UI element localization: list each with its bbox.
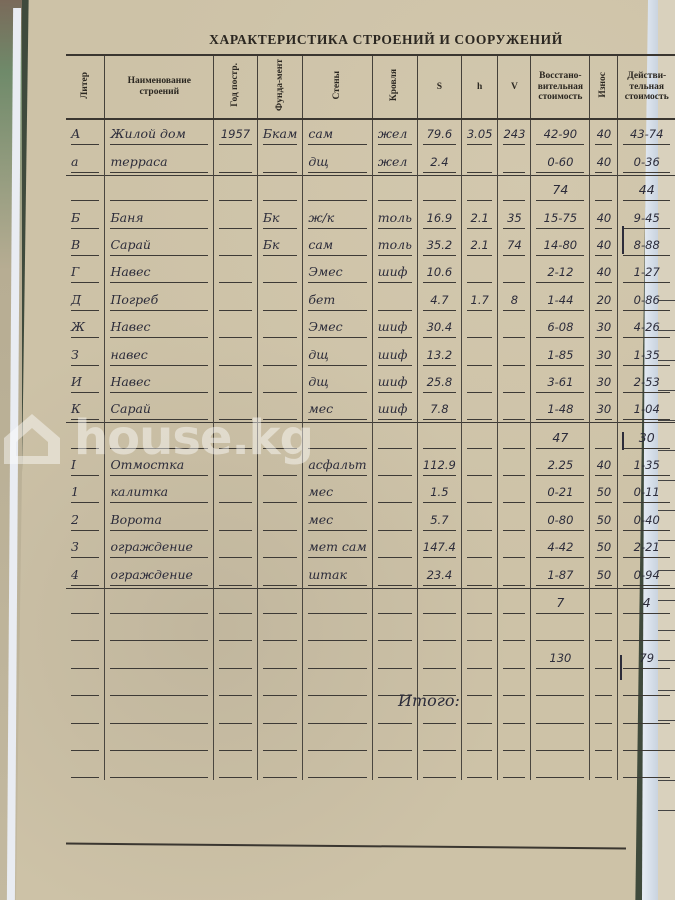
cell-h — [461, 671, 498, 698]
column-header-actual-cost: Действи-тельная стоимость — [618, 55, 675, 119]
cell-v — [498, 753, 531, 780]
cell-value: мес — [308, 510, 366, 531]
document-title: ХАРАКТЕРИСТИКА СТРОЕНИЙ И СООРУЖЕНИЙ — [16, 32, 675, 48]
cell-walls — [303, 698, 372, 725]
cell-wear: 30 — [590, 395, 618, 423]
cell-liter — [66, 616, 105, 643]
cell-walls — [303, 616, 372, 643]
cell-value: 4 — [623, 593, 670, 614]
cell-year — [214, 340, 258, 367]
cell-liter: Б — [66, 203, 105, 230]
cell-wear: 40 — [590, 258, 618, 285]
cell-value: 8-88 — [623, 235, 670, 256]
cell-actual-cost — [618, 726, 675, 753]
cell-v — [498, 423, 531, 451]
cell-restoration-cost: 7 — [531, 588, 590, 616]
cell-value — [503, 317, 525, 338]
cell-walls: мес — [303, 478, 372, 505]
cell-value — [467, 317, 493, 338]
cell-restoration-cost: 47 — [531, 423, 590, 451]
cell-value — [623, 757, 670, 778]
cell-v — [498, 258, 531, 285]
cell-value — [467, 180, 493, 201]
cell-name — [105, 588, 214, 616]
cell-v — [498, 505, 531, 532]
cell-v — [498, 478, 531, 505]
cell-restoration-cost — [531, 698, 590, 725]
cell-value — [503, 648, 525, 669]
cell-value: 1 — [71, 482, 99, 503]
cell-year: 1957 — [214, 119, 258, 147]
cell-value: 4-26 — [623, 317, 670, 338]
cell-name: ограждение — [105, 560, 214, 588]
cell-walls: мес — [303, 505, 372, 532]
cell-value — [378, 428, 412, 449]
cell-value — [467, 482, 493, 503]
cell-value — [71, 648, 99, 669]
cell-value: 0-40 — [623, 510, 670, 531]
cell-h — [461, 726, 498, 753]
cell-value — [467, 565, 493, 586]
cell-value — [263, 290, 297, 311]
cell-value — [595, 675, 612, 696]
cell-liter: а — [66, 147, 105, 175]
column-header-label: Кровля — [389, 69, 400, 101]
cell-value — [110, 180, 208, 201]
cell-value: мес — [308, 482, 366, 503]
cell-value — [219, 675, 252, 696]
cell-value: 112.9 — [423, 455, 456, 476]
cell-restoration-cost: 1-87 — [531, 560, 590, 588]
pencil-mark — [622, 226, 624, 254]
cell-year — [214, 753, 258, 780]
column-header-v: V — [498, 55, 531, 119]
cell-liter — [66, 588, 105, 616]
cell-value — [219, 730, 252, 751]
cell-h: 2.1 — [461, 203, 498, 230]
cell-value: толь — [378, 235, 412, 256]
cell-liter: З — [66, 340, 105, 367]
cell-value — [503, 399, 525, 420]
column-header-label: Наименование строений — [128, 76, 191, 97]
cell-s: 13.2 — [417, 340, 461, 367]
table-row: Знавесдщшиф13.21-85301-35 — [66, 340, 675, 367]
cell-value: мет сам — [308, 537, 366, 558]
cell-value: 40 — [595, 208, 612, 229]
cell-value — [308, 757, 366, 778]
cell-value: 0-11 — [623, 482, 670, 503]
cell-walls: Эмес — [303, 258, 372, 285]
cell-actual-cost: 0-94 — [618, 560, 675, 588]
cell-value — [263, 757, 297, 778]
cell-value — [219, 235, 252, 256]
cell-value: 147.4 — [423, 537, 456, 558]
cell-value — [503, 428, 525, 449]
cell-value — [623, 620, 670, 641]
cell-foundation: Бк — [257, 231, 302, 258]
cell-actual-cost: 79 — [618, 643, 675, 670]
cell-value: 40 — [595, 124, 612, 145]
cell-liter: Ж — [66, 313, 105, 340]
cell-foundation — [257, 147, 302, 175]
cell-value: навес — [110, 345, 208, 366]
cell-s: 35.2 — [417, 231, 461, 258]
cell-value — [503, 730, 525, 751]
cell-value — [423, 620, 456, 641]
cell-s: 4.7 — [417, 285, 461, 312]
cell-value — [263, 565, 297, 586]
cell-actual-cost: 0-86 — [618, 285, 675, 312]
cell-v — [498, 726, 531, 753]
cell-year — [214, 533, 258, 560]
cell-v — [498, 313, 531, 340]
cell-walls: ж/к — [303, 203, 372, 230]
cell-value — [467, 399, 493, 420]
cell-foundation — [257, 340, 302, 367]
cell-value: 40 — [595, 455, 612, 476]
cell-walls: бет — [303, 285, 372, 312]
cell-v: 35 — [498, 203, 531, 230]
cell-v — [498, 560, 531, 588]
cell-value: 4.7 — [423, 290, 456, 311]
cell-s: 16.9 — [417, 203, 461, 230]
cell-value — [423, 648, 456, 669]
cell-restoration-cost — [531, 726, 590, 753]
cell-v — [498, 451, 531, 478]
cell-value — [219, 620, 252, 641]
cell-year — [214, 258, 258, 285]
cell-walls — [303, 643, 372, 670]
cell-liter: 3 — [66, 533, 105, 560]
cell-value — [536, 757, 584, 778]
cell-wear: 50 — [590, 560, 618, 588]
cell-year — [214, 726, 258, 753]
cell-value — [423, 180, 456, 201]
cell-v — [498, 533, 531, 560]
cell-year — [214, 147, 258, 175]
cell-name — [105, 643, 214, 670]
cell-value: ограждение — [110, 537, 208, 558]
cell-value: А — [71, 124, 99, 145]
cell-foundation — [257, 726, 302, 753]
cell-value — [263, 510, 297, 531]
cell-value — [467, 262, 493, 283]
cell-actual-cost: 43-74 — [618, 119, 675, 147]
cell-walls — [303, 588, 372, 616]
cell-value — [595, 757, 612, 778]
cell-value — [467, 428, 493, 449]
cell-foundation — [257, 643, 302, 670]
cell-value: Д — [71, 290, 99, 311]
cell-h: 1.7 — [461, 285, 498, 312]
cell-wear: 50 — [590, 478, 618, 505]
cell-wear: 30 — [590, 340, 618, 367]
cell-restoration-cost — [531, 753, 590, 780]
cell-value: 43-74 — [623, 124, 670, 145]
watermark-text: house.kg — [74, 410, 313, 466]
house-icon — [0, 408, 64, 468]
cell-roof: шиф — [372, 313, 417, 340]
cell-value — [263, 152, 297, 173]
cell-liter — [66, 671, 105, 698]
cell-h — [461, 753, 498, 780]
cell-s: 10.6 — [417, 258, 461, 285]
cell-restoration-cost: 0-80 — [531, 505, 590, 532]
cell-value: дщ — [308, 152, 366, 173]
cell-h — [461, 505, 498, 532]
cell-value — [308, 593, 366, 614]
cell-value: Ж — [71, 317, 99, 338]
cell-value — [219, 372, 252, 393]
cell-name — [105, 175, 214, 203]
cell-roof: шиф — [372, 340, 417, 367]
cell-v — [498, 616, 531, 643]
cell-v — [498, 147, 531, 175]
cell-value: калитка — [110, 482, 208, 503]
cell-actual-cost — [618, 698, 675, 725]
cell-value — [503, 593, 525, 614]
cell-liter: В — [66, 231, 105, 258]
cell-value — [71, 730, 99, 751]
cell-h — [461, 643, 498, 670]
cell-value — [110, 620, 208, 641]
column-header-foundation: Фунда-мент — [257, 55, 302, 119]
cell-restoration-cost — [531, 616, 590, 643]
column-header-label: Действи-тельная стоимость — [625, 71, 669, 103]
cell-value — [503, 455, 525, 476]
table-row — [66, 616, 675, 643]
cell-value: 16.9 — [423, 208, 456, 229]
cell-actual-cost: 0-40 — [618, 505, 675, 532]
cell-value — [623, 703, 670, 724]
cell-value: 4-42 — [536, 537, 584, 558]
cell-value: Навес — [110, 372, 208, 393]
cell-s: 23.4 — [417, 560, 461, 588]
cell-value — [467, 455, 493, 476]
cell-actual-cost: 1-35 — [618, 340, 675, 367]
cell-h — [461, 368, 498, 395]
table-header-row: ЛитерНаименование строенийГод постр.Фунд… — [66, 55, 675, 119]
cell-value: сам — [308, 235, 366, 256]
cell-value: 2.1 — [467, 208, 493, 229]
cell-actual-cost: 0-11 — [618, 478, 675, 505]
cell-s: 112.9 — [417, 451, 461, 478]
cell-walls: дщ — [303, 147, 372, 175]
cell-value — [110, 757, 208, 778]
cell-h — [461, 258, 498, 285]
cell-value: ж/к — [308, 208, 366, 229]
cell-value — [623, 730, 670, 751]
cell-year — [214, 368, 258, 395]
cell-value: 79.6 — [423, 124, 456, 145]
cell-value: 25.8 — [423, 372, 456, 393]
cell-value — [503, 675, 525, 696]
cell-year — [214, 313, 258, 340]
cell-roof — [372, 175, 417, 203]
cell-year — [214, 175, 258, 203]
cell-value: 30 — [595, 317, 612, 338]
cell-value: 44 — [623, 180, 670, 201]
cell-value: 2.25 — [536, 455, 584, 476]
cell-value: шиф — [378, 317, 412, 338]
table-row: 2Воротамес5.70-80500-40 — [66, 505, 675, 532]
cell-foundation — [257, 285, 302, 312]
cell-actual-cost: 1-35 — [618, 451, 675, 478]
cell-value: 3.05 — [467, 124, 493, 145]
cell-wear: 40 — [590, 231, 618, 258]
cell-value — [219, 703, 252, 724]
cell-value — [423, 428, 456, 449]
cell-value: Эмес — [308, 262, 366, 283]
cell-value: 1957 — [219, 124, 252, 145]
cell-walls: сам — [303, 231, 372, 258]
cell-value — [110, 730, 208, 751]
cell-s: 7.8 — [417, 395, 461, 423]
cell-s: 5.7 — [417, 505, 461, 532]
cell-liter: И — [66, 368, 105, 395]
cell-value — [378, 593, 412, 614]
cell-wear — [590, 588, 618, 616]
cell-wear: 20 — [590, 285, 618, 312]
cell-wear: 40 — [590, 203, 618, 230]
cell-roof: жел — [372, 147, 417, 175]
cell-value — [308, 428, 366, 449]
cell-h — [461, 423, 498, 451]
table-row: 1калиткамес1.50-21500-11 — [66, 478, 675, 505]
cell-value: Б — [71, 208, 99, 229]
cell-value — [263, 345, 297, 366]
cell-value: 50 — [595, 565, 612, 586]
cell-actual-cost — [618, 671, 675, 698]
column-header-name: Наименование строений — [105, 55, 214, 119]
cell-h — [461, 533, 498, 560]
cell-liter: 2 — [66, 505, 105, 532]
cell-value: 1-04 — [623, 399, 670, 420]
cell-value — [503, 345, 525, 366]
column-header-walls: Стены — [303, 55, 372, 119]
cell-walls — [303, 726, 372, 753]
cell-value — [263, 262, 297, 283]
cell-h — [461, 147, 498, 175]
cell-value — [378, 510, 412, 531]
cell-value — [378, 620, 412, 641]
pencil-mark — [620, 655, 622, 680]
table-row: ИНавесдщшиф25.83-61302-53 — [66, 368, 675, 395]
cell-value: 4 — [71, 565, 99, 586]
cell-actual-cost: 0-36 — [618, 147, 675, 175]
cell-walls: Эмес — [303, 313, 372, 340]
column-header-s: S — [417, 55, 461, 119]
cell-value: 74 — [536, 180, 584, 201]
cell-restoration-cost: 3-61 — [531, 368, 590, 395]
cell-value — [423, 593, 456, 614]
cell-value — [263, 620, 297, 641]
cell-s: 30.4 — [417, 313, 461, 340]
cell-h — [461, 616, 498, 643]
cell-value — [71, 180, 99, 201]
cell-value — [595, 620, 612, 641]
cell-foundation — [257, 671, 302, 698]
cell-foundation — [257, 698, 302, 725]
cell-value: 8 — [503, 290, 525, 311]
cell-value — [536, 703, 584, 724]
cell-roof — [372, 505, 417, 532]
column-header-year: Год постр. — [214, 55, 258, 119]
cell-walls: мес — [303, 395, 372, 423]
column-header-h: h — [461, 55, 498, 119]
cell-value — [503, 620, 525, 641]
cell-value — [308, 620, 366, 641]
cell-v — [498, 395, 531, 423]
cell-value — [503, 152, 525, 173]
cell-restoration-cost: 15-75 — [531, 203, 590, 230]
cell-actual-cost — [618, 753, 675, 780]
cell-value — [595, 593, 612, 614]
cell-value — [623, 675, 670, 696]
cell-value: З — [71, 345, 99, 366]
table-row: 3ограждениемет сам147.44-42502-21 — [66, 533, 675, 560]
cell-value — [219, 757, 252, 778]
cell-value — [503, 565, 525, 586]
cell-year — [214, 231, 258, 258]
cell-value — [263, 730, 297, 751]
cell-walls — [303, 753, 372, 780]
cell-name — [105, 671, 214, 698]
cell-value: 1-48 — [536, 399, 584, 420]
cell-value: 2.1 — [467, 235, 493, 256]
cell-value: Бк — [263, 208, 297, 229]
cell-value — [263, 482, 297, 503]
cell-value — [110, 593, 208, 614]
cell-v — [498, 340, 531, 367]
cell-value: 0-60 — [536, 152, 584, 173]
cell-value: мес — [308, 399, 366, 420]
cell-value — [378, 180, 412, 201]
cell-name — [105, 616, 214, 643]
cell-name — [105, 698, 214, 725]
cell-walls: штак — [303, 560, 372, 588]
cell-value — [308, 648, 366, 669]
cell-value: 74 — [503, 235, 525, 256]
cell-value: 1-87 — [536, 565, 584, 586]
cell-foundation: Бкам — [257, 119, 302, 147]
cell-value: 42-90 — [536, 124, 584, 145]
cell-h — [461, 478, 498, 505]
cell-roof — [372, 285, 417, 312]
cell-value — [263, 372, 297, 393]
cell-value: 2-53 — [623, 372, 670, 393]
cell-wear: 30 — [590, 313, 618, 340]
cell-s — [417, 423, 461, 451]
cell-restoration-cost: 4-42 — [531, 533, 590, 560]
cell-restoration-cost: 130 — [531, 643, 590, 670]
cell-actual-cost: 1-04 — [618, 395, 675, 423]
cell-name: Навес — [105, 313, 214, 340]
cell-value: Погреб — [110, 290, 208, 311]
subtotal-row: 7444 — [66, 175, 675, 203]
cell-value — [263, 703, 297, 724]
table-row — [66, 753, 675, 780]
cell-value — [467, 757, 493, 778]
cell-restoration-cost: 1-44 — [531, 285, 590, 312]
column-header-label: Износ — [598, 72, 609, 98]
cell-value — [308, 675, 366, 696]
cell-value — [503, 262, 525, 283]
cell-actual-cost: 8-88 — [618, 231, 675, 258]
cell-value: 3-61 — [536, 372, 584, 393]
cell-value: 0-36 — [623, 152, 670, 173]
cell-name: ограждение — [105, 533, 214, 560]
